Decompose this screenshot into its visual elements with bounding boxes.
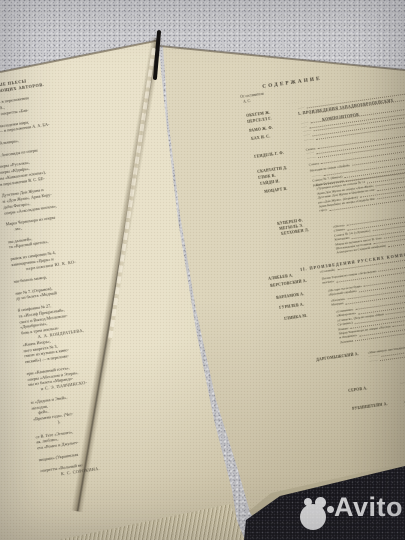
avito-wordmark: Avito (334, 492, 403, 523)
avito-watermark: Avito (294, 486, 405, 534)
composer-name: ГЛИНКА М. (284, 310, 340, 352)
byline-initials: А. С. (243, 98, 251, 103)
